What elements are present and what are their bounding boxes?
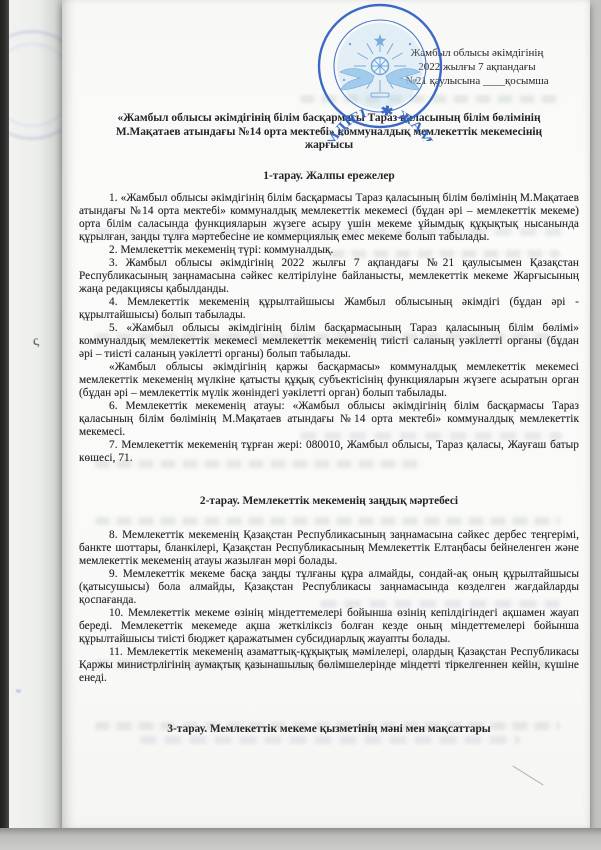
binder-spine-edge xyxy=(0,0,9,850)
approval-line: Жамбыл облысы әкімдігінің xyxy=(379,46,575,60)
document-title: «Жамбыл облысы әкімдігінің білім басқарм… xyxy=(79,112,579,153)
paragraph-5: 5. «Жамбыл облысы әкімдігінің білім басқ… xyxy=(79,322,579,361)
paragraph-3: 3. Жамбыл облысы әкімдігінің 2022 жылғы … xyxy=(79,257,579,296)
scanned-sheet: ς ≈ ✱ ЖАМБЫЛ ОБЛЫСЫНЫҢ ӘКІМДІГІ xyxy=(0,0,601,850)
bleed-line xyxy=(140,736,520,744)
paragraph-2: 2. Мемлекеттік мекеменің түрі: коммуналд… xyxy=(79,244,579,257)
underlying-page-edge: ς ≈ xyxy=(9,0,62,840)
paragraph-7: 7. Мемлекеттік мекеменің тұрған жері: 08… xyxy=(79,439,579,465)
approval-note: Жамбыл облысы әкімдігінің 2022 жылғы 7 а… xyxy=(379,46,575,88)
scanner-background xyxy=(0,828,601,850)
blue-pen-mark: ≈ xyxy=(16,686,20,696)
title-line: жарғысы xyxy=(79,139,579,153)
paragraph-6: 6. Мемлекеттік мекеменің атауы: «Жамбыл … xyxy=(79,400,579,439)
document-content: Жамбыл облысы әкімдігінің 2022 жылғы 7 а… xyxy=(62,46,590,736)
chapter-3-heading: 3-тарау. Мемлекеттік мекеме қызметінің м… xyxy=(79,723,579,737)
paper-scratch xyxy=(512,766,543,786)
chapter-2-heading: 2-тарау. Мемлекеттік мекеменің заңдық мә… xyxy=(79,495,579,509)
paragraph-10: 10. Мемлекеттік мекеме өзінің міндеттеме… xyxy=(79,607,579,646)
chapter-1-body: 1. «Жамбыл облысы әкімдігінің білім басқ… xyxy=(79,192,579,465)
paragraph-9: 9. Мемлекеттік мекеме басқа заңды тұлған… xyxy=(79,568,579,607)
title-line: М.Мақатаев атындағы №14 орта мектебі» ко… xyxy=(79,126,579,140)
bleed-through-stamp xyxy=(9,30,62,140)
paragraph-11: 11. Мемлекеттік мекеменің азаматтық-құқы… xyxy=(79,646,579,685)
paragraph-4: 4. Мемлекеттік мекеменің құрылтайшысы Жа… xyxy=(79,296,579,322)
paragraph-1: 1. «Жамбыл облысы әкімдігінің білім басқ… xyxy=(79,192,579,244)
approval-line: 2022 жылғы 7 ақпандағы xyxy=(379,60,575,74)
title-line: «Жамбыл облысы әкімдігінің білім басқарм… xyxy=(79,112,579,126)
chapter-1-heading: 1-тарау. Жалпы ережелер xyxy=(79,170,579,184)
paragraph-5a: «Жамбыл облысы әкімдігінің қаржы басқарм… xyxy=(79,361,579,400)
document-page: ✱ ЖАМБЫЛ ОБЛЫСЫНЫҢ ӘКІМДІГІ xyxy=(62,0,590,828)
handwritten-mark: ς xyxy=(31,334,40,351)
paragraph-8: 8. Мемлекеттік мекеменің Қазақстан Респу… xyxy=(79,529,579,568)
approval-line: №21 қаулысына ____қосымша xyxy=(379,74,575,88)
chapter-2-body: 8. Мемлекеттік мекеменің Қазақстан Респу… xyxy=(79,529,579,685)
